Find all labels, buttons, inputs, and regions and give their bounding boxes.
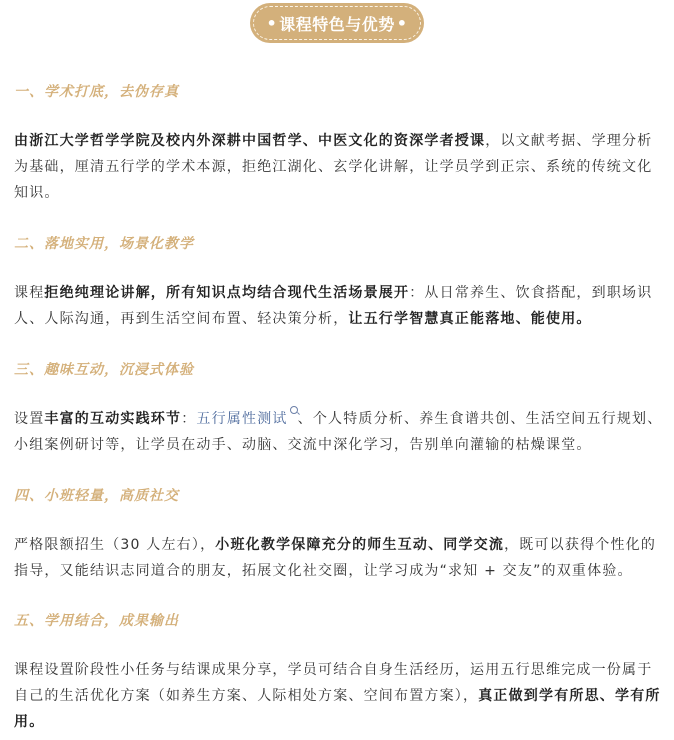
bold-text: 小班化教学保障充分的师生互动、同学交流 xyxy=(215,537,504,553)
wuxing-test-link[interactable]: 五行属性测试 xyxy=(196,411,287,427)
section-paragraph-1: 由浙江大学哲学学院及校内外深耕中国哲学、中医文化的资深学者授课，以文献考据、学理… xyxy=(14,128,664,206)
bold-text: 拒绝纯理论讲解，所有知识点均结合现代生活场景展开 xyxy=(44,285,409,301)
section-paragraph-5: 课程设置阶段性小任务与结课成果分享，学员可结合自身生活经历，运用五行思维完成一份… xyxy=(14,657,664,735)
bold-text: 丰富的互动实践环节 xyxy=(44,411,181,427)
banner-inner: • 课程特色与优势 • xyxy=(253,6,422,40)
section-heading-3: 三、趣味互动，沉浸式体验 xyxy=(14,359,194,379)
body-text: 严格限额招生（30 人左右）， xyxy=(14,537,215,553)
search-icon[interactable] xyxy=(290,406,298,414)
banner-dot-right: • xyxy=(397,14,408,33)
section-banner: • 课程特色与优势 • xyxy=(0,3,674,43)
body-text: 设置 xyxy=(14,411,44,427)
section-paragraph-2: 课程拒绝纯理论讲解，所有知识点均结合现代生活场景展开：从日常养生、饮食搭配，到职… xyxy=(14,280,664,332)
section-heading-2: 二、落地实用，场景化教学 xyxy=(14,233,194,253)
section-heading-5: 五、学用结合，成果输出 xyxy=(14,610,179,630)
section-heading-4: 四、小班轻量，高质社交 xyxy=(14,485,179,505)
body-text: ： xyxy=(181,411,196,427)
bold-text: 让五行学智慧真正能落地、能使用。 xyxy=(348,311,591,327)
banner-pill: • 课程特色与优势 • xyxy=(250,3,425,43)
bold-text: 由浙江大学哲学学院及校内外深耕中国哲学、中医文化的资深学者授课 xyxy=(14,133,485,149)
section-paragraph-4: 严格限额招生（30 人左右），小班化教学保障充分的师生互动、同学交流，既可以获得… xyxy=(14,532,664,584)
banner-title: 课程特色与优势 xyxy=(279,12,395,35)
section-heading-1: 一、学术打底，去伪存真 xyxy=(14,81,179,101)
banner-dot-left: • xyxy=(267,14,278,33)
section-paragraph-3: 设置丰富的互动实践环节：五行属性测试、个人特质分析、养生食谱共创、生活空间五行规… xyxy=(14,406,664,458)
body-text: 课程 xyxy=(14,285,44,301)
